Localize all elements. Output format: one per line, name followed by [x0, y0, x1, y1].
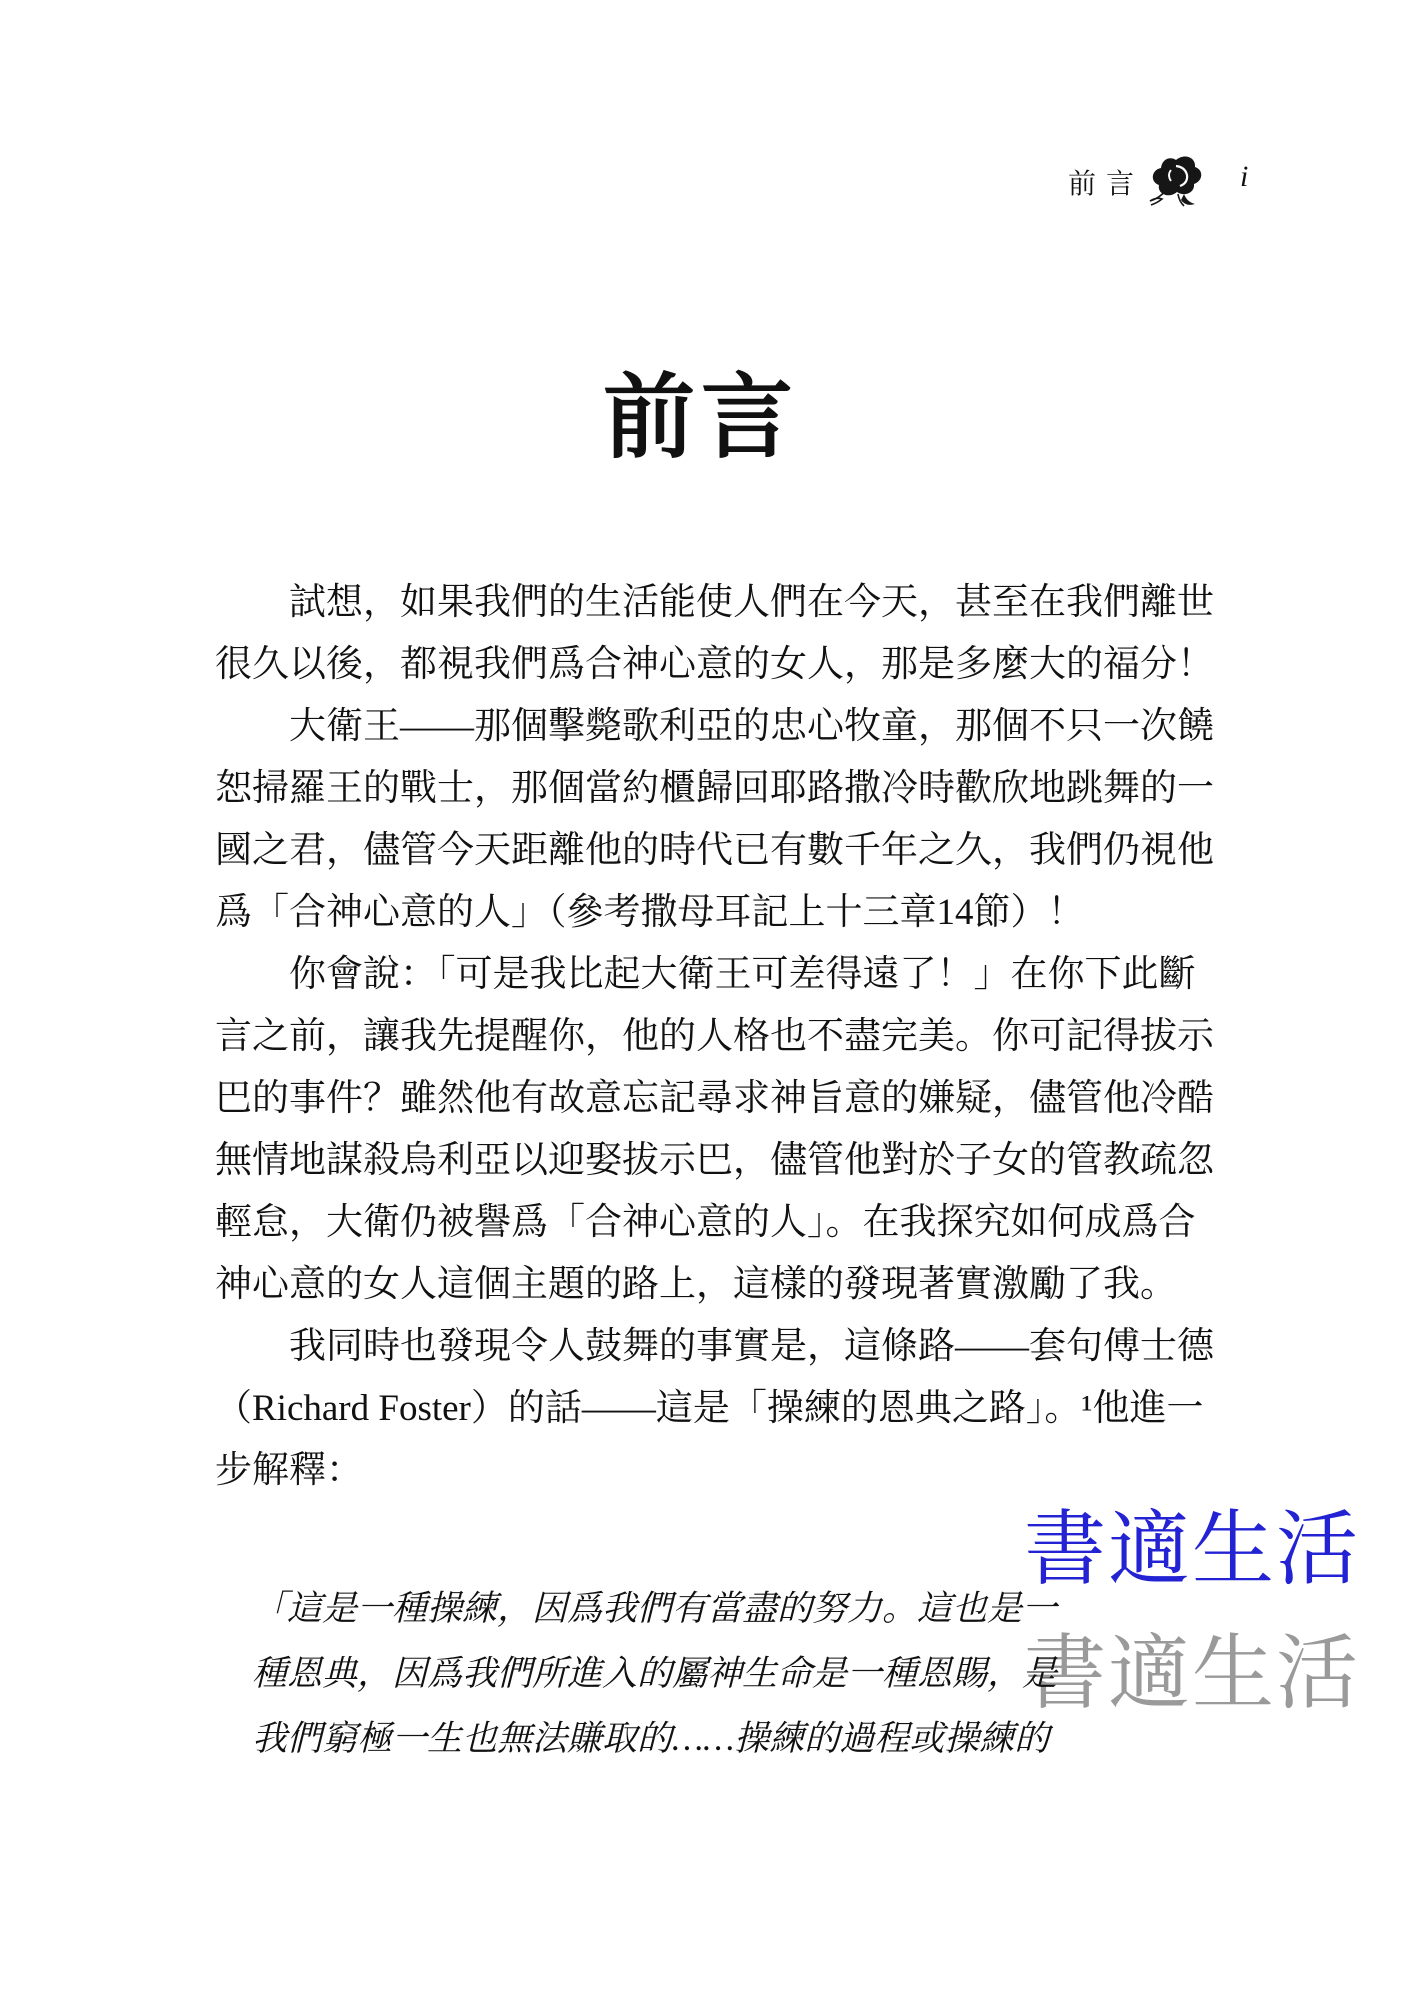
body-line: 無情地謀殺烏利亞以迎娶拔示巴，儘管他對於子女的管教疏忽 — [215, 1130, 1187, 1192]
body-line: 國之君，儘管今天距離他的時代已有數千年之久，我們仍視他 — [215, 820, 1187, 882]
body-line: 你會說：「可是我比起大衛王可差得遠了！」在你下此斷 — [215, 944, 1187, 1006]
book-page: 前言 i 前言 試想，如果我們的生活能使人們在今天，甚至在我們離世 很久以後，都… — [0, 0, 1412, 2000]
body-line: 巴的事件？雖然他有故意忘記尋求神旨意的嫌疑，儘管他冷酷 — [215, 1068, 1187, 1130]
body-line: 爲「合神心意的人」（參考撒母耳記上十三章14節）！ — [215, 882, 1187, 944]
running-header-section-title: 前言 — [1068, 162, 1144, 202]
quote-line: 我們窮極一生也無法賺取的……操練的過程或操練的 — [252, 1706, 1102, 1771]
paragraph: 你會說：「可是我比起大衛王可差得遠了！」在你下此斷 言之前，讓我先提醒你，他的人… — [215, 944, 1187, 1316]
body-line: 試想，如果我們的生活能使人們在今天，甚至在我們離世 — [215, 572, 1187, 634]
body-line: 恕掃羅王的戰士，那個當約櫃歸回耶路撒冷時歡欣地跳舞的一 — [215, 758, 1187, 820]
paragraph: 試想，如果我們的生活能使人們在今天，甚至在我們離世 很久以後，都視我們爲合神心意… — [215, 572, 1187, 696]
body-line: （Richard Foster）的話——這是「操練的恩典之路」。¹他進一 — [215, 1378, 1187, 1440]
body-text: 試想，如果我們的生活能使人們在今天，甚至在我們離世 很久以後，都視我們爲合神心意… — [215, 572, 1187, 1502]
body-line: 我同時也發現令人鼓舞的事實是，這條路——套句傅士德 — [215, 1316, 1187, 1378]
page-number: i — [1240, 160, 1248, 194]
body-line: 神心意的女人這個主題的路上，這樣的發現著實激勵了我。 — [215, 1254, 1187, 1316]
body-line: 很久以後，都視我們爲合神心意的女人，那是多麼大的福分！ — [215, 634, 1187, 696]
body-line: 步解釋： — [215, 1440, 1187, 1502]
rose-icon — [1146, 152, 1214, 214]
block-quote: 「這是一種操練，因爲我們有當盡的努力。這也是一 種恩典，因爲我們所進入的屬神生命… — [252, 1576, 1102, 1771]
running-header: 前言 i — [0, 158, 1412, 218]
quote-line: 「這是一種操練，因爲我們有當盡的努力。這也是一 — [252, 1576, 1102, 1641]
quote-line: 種恩典，因爲我們所進入的屬神生命是一種恩賜，是 — [252, 1641, 1102, 1706]
chapter-title: 前言 — [215, 344, 1187, 476]
body-line: 大衛王——那個擊斃歌利亞的忠心牧童，那個不只一次饒 — [215, 696, 1187, 758]
paragraph: 我同時也發現令人鼓舞的事實是，這條路——套句傅士德 （Richard Foste… — [215, 1316, 1187, 1502]
body-line: 言之前，讓我先提醒你，他的人格也不盡完美。你可記得拔示 — [215, 1006, 1187, 1068]
paragraph: 大衛王——那個擊斃歌利亞的忠心牧童，那個不只一次饒 恕掃羅王的戰士，那個當約櫃歸… — [215, 696, 1187, 944]
body-line: 輕怠，大衛仍被譽爲「合神心意的人」。在我探究如何成爲合 — [215, 1192, 1187, 1254]
